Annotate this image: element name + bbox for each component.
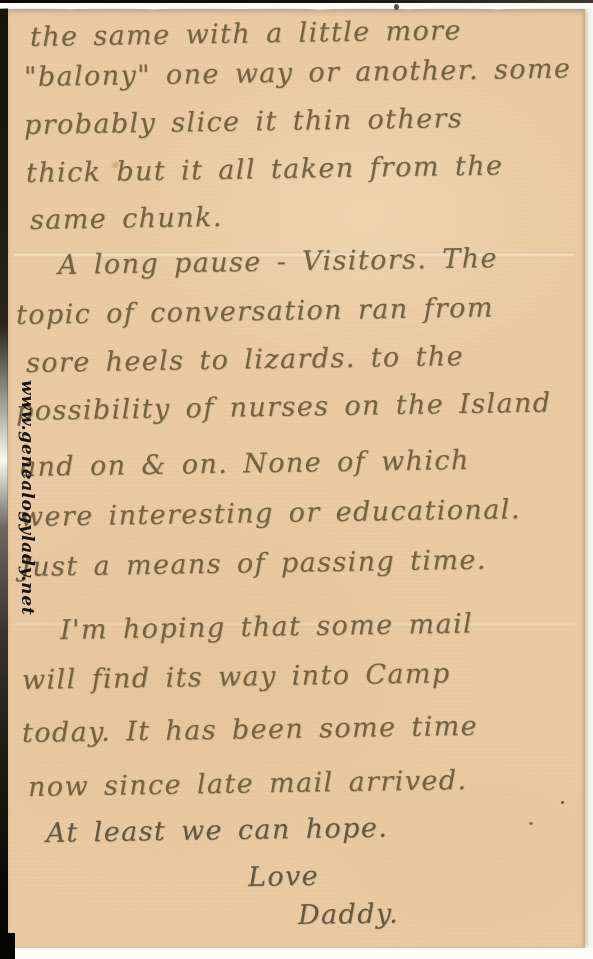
scanned-letter-page: the same with a little more "balony" one…	[0, 0, 593, 959]
scanner-top-edge	[0, 0, 593, 3]
letter-closing: Love	[248, 861, 320, 893]
letter-signature: Daddy.	[298, 898, 399, 931]
paper-speck	[529, 822, 533, 825]
paper-speck	[561, 801, 564, 804]
handwriting-line: At least we can hope.	[46, 813, 389, 849]
handwriting-line: I'm hoping that some mail	[60, 609, 474, 646]
scanner-corner-shadow	[0, 933, 15, 959]
torn-edge-notch	[394, 4, 399, 10]
handwriting-line: same chunk.	[30, 202, 223, 236]
watermark-text: www.genealogylady.net	[17, 380, 37, 616]
scanner-left-edge	[0, 0, 8, 959]
scanner-bottom-edge	[0, 948, 593, 959]
